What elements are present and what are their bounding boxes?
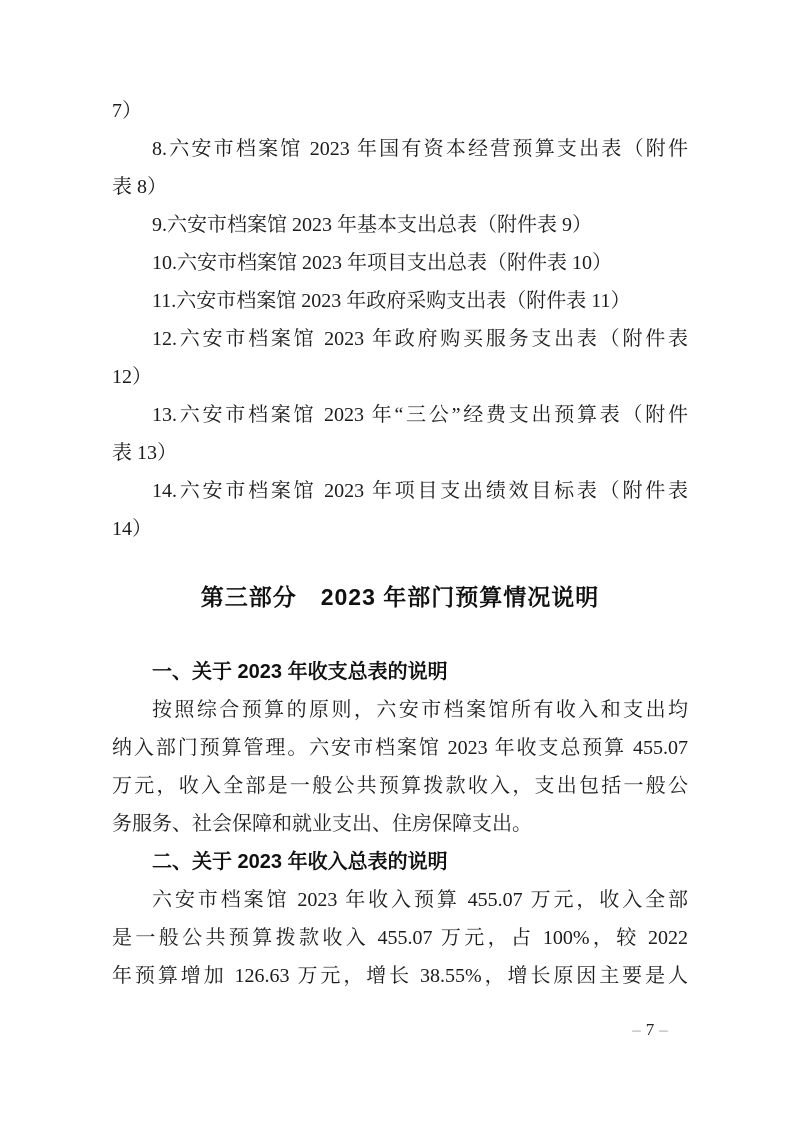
list-item-7-continuation: 7）: [112, 92, 688, 130]
list-item-12-line-1: 12.六安市档案馆 2023 年政府购买服务支出表（附件表: [112, 320, 688, 358]
paragraph-1-line-3: 万元，收入全部是一般公共预算拨款收入，支出包括一般公: [112, 767, 688, 805]
page-number-dash-right: –: [654, 1020, 673, 1039]
list-item-8-line-1: 8.六安市档案馆 2023 年国有资本经营预算支出表（附件: [112, 130, 688, 168]
paragraph-2-line-3: 年预算增加 126.63 万元，增长 38.55%，增长原因主要是人: [112, 957, 688, 995]
paragraph-1-line-4: 务服务、社会保障和就业支出、住房保障支出。: [112, 805, 688, 843]
section-heading: 第三部分 2023 年部门预算情况说明: [112, 574, 688, 620]
list-item-12-line-2: 12）: [112, 358, 688, 396]
paragraph-1-line-2: 纳入部门预算管理。六安市档案馆 2023 年收支总预算 455.07: [112, 729, 688, 767]
list-item-10: 10.六安市档案馆 2023 年项目支出总表（附件表 10）: [112, 244, 688, 282]
list-item-13-line-2: 表 13）: [112, 434, 688, 472]
list-item-11: 11.六安市档案馆 2023 年政府采购支出表（附件表 11）: [112, 282, 688, 320]
subsection-heading-2: 二、关于 2023 年收入总表的说明: [112, 843, 688, 881]
page-number: –7–: [598, 1016, 702, 1044]
list-item-8-line-2: 表 8）: [112, 168, 688, 206]
list-item-14-line-2: 14）: [112, 510, 688, 548]
list-item-14-line-1: 14.六安市档案馆 2023 年项目支出绩效目标表（附件表: [112, 472, 688, 510]
page-number-dash-left: –: [627, 1020, 646, 1039]
paragraph-1-line-1: 按照综合预算的原则，六安市档案馆所有收入和支出均: [112, 691, 688, 729]
subsection-heading-1: 一、关于 2023 年收支总表的说明: [112, 653, 688, 691]
document-body: 7） 8.六安市档案馆 2023 年国有资本经营预算支出表（附件 表 8） 9.…: [112, 92, 688, 995]
list-item-9: 9.六安市档案馆 2023 年基本支出总表（附件表 9）: [112, 206, 688, 244]
document-page: 7） 8.六安市档案馆 2023 年国有资本经营预算支出表（附件 表 8） 9.…: [0, 0, 793, 1122]
paragraph-2-line-2: 是一般公共预算拨款收入 455.07 万元，占 100%，较 2022: [112, 919, 688, 957]
paragraph-2-line-1: 六安市档案馆 2023 年收入预算 455.07 万元，收入全部: [112, 881, 688, 919]
list-item-13-line-1: 13.六安市档案馆 2023 年“三公”经费支出预算表（附件: [112, 396, 688, 434]
page-number-value: 7: [646, 1020, 655, 1039]
